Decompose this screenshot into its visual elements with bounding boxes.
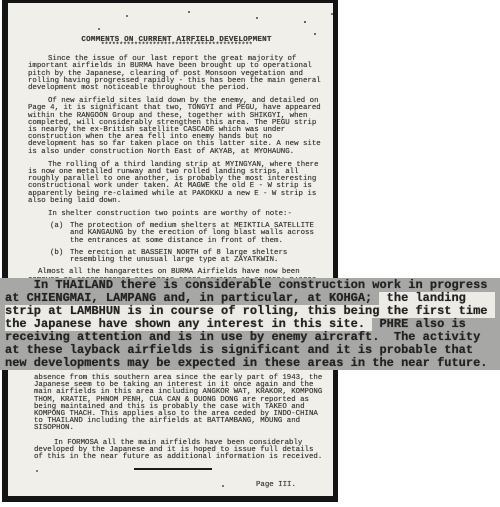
document-title-block: COMMENTS ON CURRENT AIRFIELD DEVELOPMENT… bbox=[28, 37, 325, 49]
list-label-a: (a) bbox=[50, 223, 70, 245]
document-body: COMMENTS ON CURRENT AIRFIELD DEVELOPMENT… bbox=[8, 3, 333, 281]
scanned-document-page: COMMENTS ON CURRENT AIRFIELD DEVELOPMENT… bbox=[2, 0, 338, 502]
paragraph-burma-summary: Since the issue of our last report the g… bbox=[28, 56, 325, 92]
list-label-b: (b) bbox=[50, 250, 70, 264]
list-item-a: (a) The protection of medium shelters at… bbox=[50, 223, 325, 245]
paragraph-new-sites: Of new airfield sites laid down by the e… bbox=[28, 98, 325, 156]
end-divider-rule bbox=[134, 468, 212, 470]
excerpt-line-7-text: new developments may be expected in thes… bbox=[5, 357, 487, 370]
list-text-a: The protection of medium shelters at MEI… bbox=[70, 223, 325, 245]
paragraph-formosa: In FORMOSA all the main airfields have b… bbox=[34, 440, 323, 462]
paragraph-indochina-continuation: absence from this southern area since th… bbox=[34, 375, 323, 433]
hangarettes-line: Almost all the hangarettes on BURMA Airf… bbox=[28, 269, 325, 276]
page-number: Page III. bbox=[256, 481, 296, 489]
list-text-b: The erection at BASSEIN NORTH of 8 large… bbox=[70, 250, 325, 264]
highlighted-excerpt-strip: In THAILAND there is considerable constr… bbox=[0, 278, 500, 370]
excerpt-line-7: new developments may be expected in thes… bbox=[5, 357, 495, 370]
paragraph-myingyan: The rolling of a third landing strip at … bbox=[28, 162, 325, 205]
screenshot-stage: COMMENTS ON CURRENT AIRFIELD DEVELOPMENT… bbox=[0, 0, 500, 507]
title-asterisk-underline: ****************************************… bbox=[28, 44, 325, 49]
list-item-b: (b) The erection at BASSEIN NORTH of 8 l… bbox=[50, 250, 325, 264]
shelter-note-intro: In shelter construction two points are w… bbox=[28, 211, 325, 218]
scan-noise-specks bbox=[126, 15, 128, 17]
document-lower-section: absence from this southern area since th… bbox=[34, 375, 323, 470]
